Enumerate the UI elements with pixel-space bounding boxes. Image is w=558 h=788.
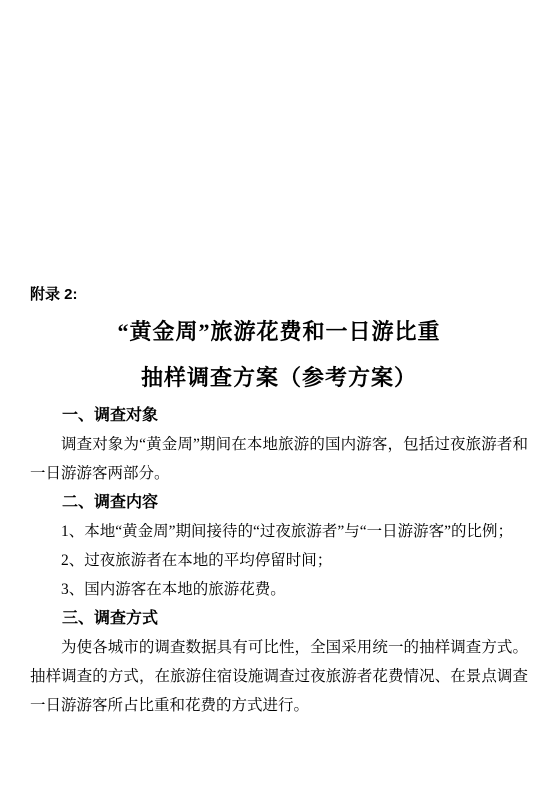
- section-2-item-3: 3、国内游客在本地的旅游花费。: [30, 575, 528, 604]
- section-2-heading: 二、调查内容: [30, 488, 528, 517]
- section-3-heading: 三、调查方式: [30, 604, 528, 633]
- document-content: 附录 2: “黄金周”旅游花费和一日游比重 抽样调查方案（参考方案） 一、调查对…: [0, 0, 558, 720]
- section-survey-subjects: 一、调查对象 调查对象为“黄金周”期间在本地旅游的国内游客，包括过夜旅游者和一日…: [30, 401, 528, 488]
- document-title-line2: 抽样调查方案（参考方案）: [30, 355, 528, 401]
- section-survey-method: 三、调查方式 为使各城市的调查数据具有可比性，全国采用统一的抽样调查方式。抽样调…: [30, 604, 528, 720]
- document-title-line1: “黄金周”旅游花费和一日游比重: [30, 309, 528, 355]
- section-2-item-2: 2、过夜旅游者在本地的平均停留时间；: [30, 546, 528, 575]
- appendix-label: 附录 2:: [30, 280, 528, 309]
- section-2-item-1: 1、本地“黄金周”期间接待的“过夜旅游者”与“一日游游客”的比例；: [30, 517, 528, 546]
- section-1-paragraph-1: 调查对象为“黄金周”期间在本地旅游的国内游客，包括过夜旅游者和一日游游客两部分。: [30, 430, 528, 488]
- document-page: 附录 2: “黄金周”旅游花费和一日游比重 抽样调查方案（参考方案） 一、调查对…: [0, 0, 558, 788]
- section-1-heading: 一、调查对象: [30, 401, 528, 430]
- section-survey-content: 二、调查内容 1、本地“黄金周”期间接待的“过夜旅游者”与“一日游游客”的比例；…: [30, 488, 528, 604]
- section-3-paragraph-1: 为使各城市的调查数据具有可比性，全国采用统一的抽样调查方式。抽样调查的方式，在旅…: [30, 633, 528, 720]
